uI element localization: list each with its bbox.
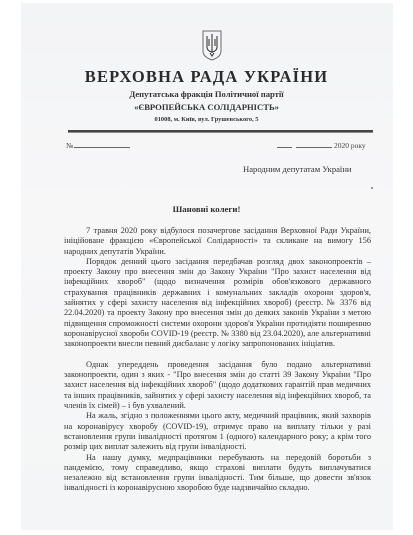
addressee: Народним депутатам України	[243, 164, 352, 174]
registration-number: №	[66, 141, 130, 150]
letterhead-title: ВЕРХОВНА РАДА УКРАЇНИ	[0, 67, 413, 87]
trident-emblem-icon	[201, 29, 223, 61]
scan-speck	[371, 187, 373, 189]
paragraph: 7 травня 2020 року відбулося позачергове…	[64, 226, 371, 257]
number-blank-line	[74, 147, 130, 148]
letterhead-divider	[68, 130, 373, 132]
letter-body: 7 травня 2020 року відбулося позачергове…	[64, 226, 371, 494]
number-label: №	[66, 141, 73, 150]
paragraph: Однак упереддень проведення засідання бу…	[64, 360, 371, 411]
party-name: «ЄВРОПЕЙСЬКА СОЛІДАРНІСТЬ»	[0, 102, 413, 112]
date-month-blank	[296, 147, 332, 148]
salutation: Шановні колеги!	[0, 204, 413, 214]
paragraph: На жаль, згідно з положеннями цього акту…	[64, 411, 371, 452]
date-day-blank	[277, 147, 292, 148]
letter-date: 2020 року	[277, 141, 366, 150]
paragraph: Порядок денний цього засідання передбача…	[64, 257, 371, 350]
faction-line: Депутатська фракція Політичної партії	[0, 89, 413, 99]
paragraph: На нашу думку, медпрацівники перебувають…	[64, 453, 371, 494]
letterhead-address: 01008, м. Київ, вул. Грушевського, 5	[0, 116, 413, 123]
date-year: 2020 року	[334, 141, 366, 150]
